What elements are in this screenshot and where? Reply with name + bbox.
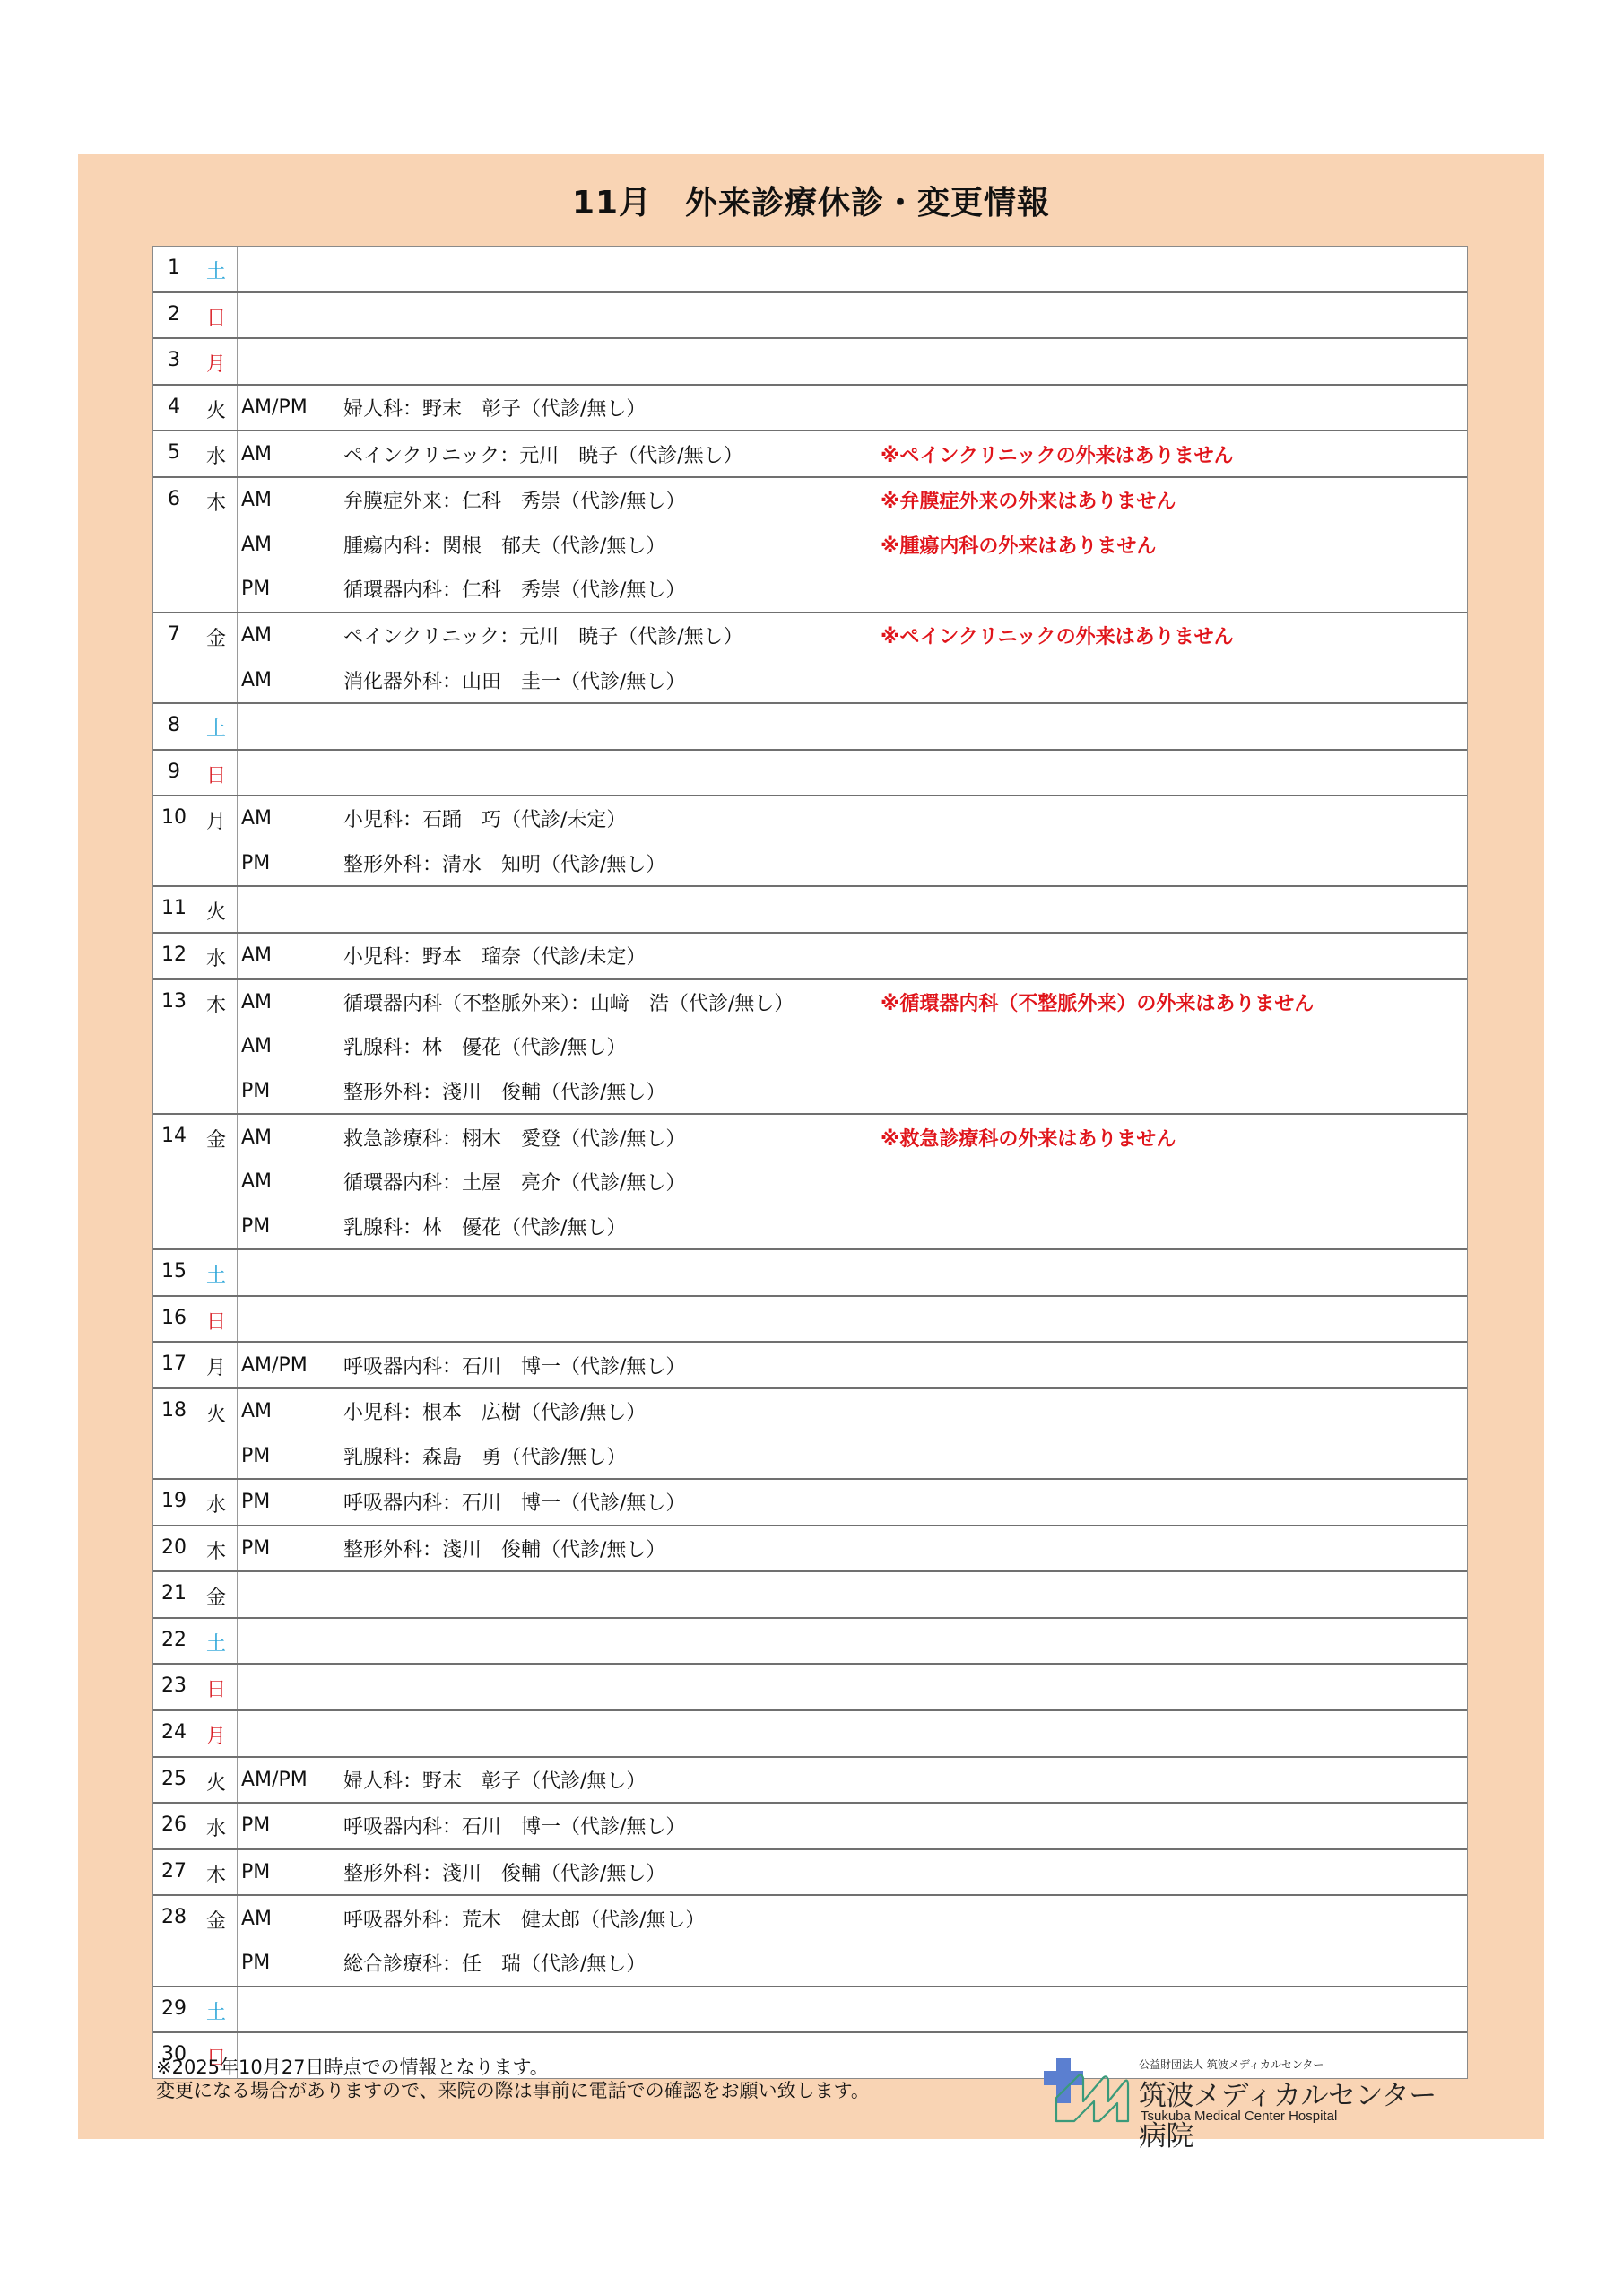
closure-entry: AM/PM呼吸器内科：石川 博一（代診/無し） — [238, 1343, 1467, 1387]
date-cell: 8 — [153, 704, 195, 749]
entries-cell: AM弁膜症外来：仁科 秀崇（代診/無し）※弁膜症外来の外来はありませんAM腫瘍内… — [238, 478, 1467, 612]
day-row: 25火AM/PM婦人科：野末 彰子（代診/無し） — [153, 1758, 1467, 1805]
day-row: 28金AM呼吸器外科：荒木 健太郎（代診/無し）PM総合診療科：任 瑞（代診/無… — [153, 1896, 1467, 1987]
entries-cell: AMペインクリニック：元川 暁子（代診/無し）※ペインクリニックの外来はありませ… — [238, 431, 1467, 476]
closure-entry: AM腫瘍内科：関根 郁夫（代診/無し）※腫瘍内科の外来はありません — [238, 523, 1467, 568]
date-cell: 2 — [153, 293, 195, 338]
date-cell: 27 — [153, 1850, 195, 1895]
date-cell: 20 — [153, 1526, 195, 1571]
department-doctor: 救急診療科：栩木 愛登（代診/無し） — [343, 1124, 881, 1152]
time-slot: AM — [238, 1035, 343, 1057]
closure-entry: PM整形外科：淺川 俊輔（代診/無し） — [238, 1526, 1467, 1571]
logo-hospital-name-en: Tsukuba Medical Center Hospital — [1141, 2109, 1337, 2124]
time-slot: PM — [238, 1861, 343, 1883]
no-clinic-notice: ※救急診療科の外来はありません — [881, 1124, 1176, 1152]
day-row: 3月 — [153, 339, 1467, 386]
date-cell: 17 — [153, 1343, 195, 1387]
department-doctor: 婦人科：野末 彰子（代診/無し） — [343, 394, 881, 422]
date-cell: 7 — [153, 613, 195, 702]
entries-cell — [238, 247, 1467, 291]
closure-entry: AMペインクリニック：元川 暁子（代診/無し）※ペインクリニックの外来はありませ… — [238, 431, 1467, 476]
logo-org-name: 公益財団法人 筑波メディカルセンター — [1139, 2057, 1324, 2072]
closure-entry: PM乳腺科：森島 勇（代診/無し） — [238, 1433, 1467, 1478]
time-slot: PM — [238, 1537, 343, 1560]
day-row: 20木PM整形外科：淺川 俊輔（代診/無し） — [153, 1526, 1467, 1573]
time-slot: AM — [238, 489, 343, 511]
no-clinic-notice: ※腫瘍内科の外来はありません — [881, 531, 1156, 559]
date-cell: 13 — [153, 980, 195, 1114]
empty-entry — [238, 293, 1467, 338]
date-cell: 4 — [153, 386, 195, 430]
weekday-cell: 土 — [195, 704, 238, 749]
time-slot: AM — [238, 991, 343, 1013]
closure-entry: AM循環器内科（不整脈外来）：山﨑 浩（代診/無し）※循環器内科（不整脈外来）の… — [238, 980, 1467, 1025]
date-cell: 9 — [153, 751, 195, 796]
department-doctor: 弁膜症外来：仁科 秀崇（代診/無し） — [343, 486, 881, 514]
day-row: 29土 — [153, 1987, 1467, 2034]
closure-entry: PM呼吸器内科：石川 博一（代診/無し） — [238, 1804, 1467, 1848]
date-cell: 1 — [153, 247, 195, 291]
empty-entry — [238, 1250, 1467, 1295]
entries-cell — [238, 339, 1467, 384]
closure-entry: AMペインクリニック：元川 暁子（代診/無し）※ペインクリニックの外来はありませ… — [238, 613, 1467, 658]
date-cell: 15 — [153, 1250, 195, 1295]
weekday-cell: 木 — [195, 1526, 238, 1571]
closure-entry: AM弁膜症外来：仁科 秀崇（代診/無し）※弁膜症外来の外来はありません — [238, 478, 1467, 523]
closure-entry: PM整形外科：淺川 俊輔（代診/無し） — [238, 1850, 1467, 1895]
weekday-cell: 木 — [195, 478, 238, 612]
hospital-logo-icon — [1042, 2058, 1132, 2123]
time-slot: PM — [238, 1814, 343, 1837]
schedule-panel: 11月 外来診療休診・変更情報 1土2日3月4火AM/PM婦人科：野末 彰子（代… — [78, 154, 1544, 2139]
date-cell: 12 — [153, 934, 195, 978]
entries-cell: PM呼吸器内科：石川 博一（代診/無し） — [238, 1804, 1467, 1848]
department-doctor: 小児科：野本 瑠奈（代診/未定） — [343, 942, 881, 970]
weekday-cell: 水 — [195, 1480, 238, 1525]
weekday-cell: 金 — [195, 1572, 238, 1617]
date-cell: 6 — [153, 478, 195, 612]
date-cell: 26 — [153, 1804, 195, 1848]
day-row: 5水AMペインクリニック：元川 暁子（代診/無し）※ペインクリニックの外来はあり… — [153, 431, 1467, 478]
day-row: 9日 — [153, 751, 1467, 797]
department-doctor: 整形外科：淺川 俊輔（代診/無し） — [343, 1858, 881, 1886]
date-cell: 23 — [153, 1665, 195, 1709]
weekday-cell: 水 — [195, 1804, 238, 1848]
date-cell: 11 — [153, 887, 195, 932]
department-doctor: 消化器外科：山田 圭一（代診/無し） — [343, 666, 881, 694]
day-row: 17月AM/PM呼吸器内科：石川 博一（代診/無し） — [153, 1343, 1467, 1389]
time-slot: AM — [238, 1170, 343, 1193]
entries-cell — [238, 1665, 1467, 1709]
closure-entry: AM/PM婦人科：野末 彰子（代診/無し） — [238, 386, 1467, 430]
day-row: 21金 — [153, 1572, 1467, 1619]
weekday-cell: 日 — [195, 1297, 238, 1342]
day-row: 1土 — [153, 247, 1467, 293]
date-cell: 19 — [153, 1480, 195, 1525]
date-cell: 21 — [153, 1572, 195, 1617]
entries-cell: AM循環器内科（不整脈外来）：山﨑 浩（代診/無し）※循環器内科（不整脈外来）の… — [238, 980, 1467, 1114]
department-doctor: 呼吸器内科：石川 博一（代診/無し） — [343, 1812, 881, 1839]
department-doctor: 循環器内科（不整脈外来）：山﨑 浩（代診/無し） — [343, 988, 881, 1016]
date-cell: 5 — [153, 431, 195, 476]
date-cell: 14 — [153, 1115, 195, 1248]
day-row: 18火AM小児科：根本 広樹（代診/無し）PM乳腺科：森島 勇（代診/無し） — [153, 1389, 1467, 1480]
closure-entry: AM消化器外科：山田 圭一（代診/無し） — [238, 657, 1467, 702]
footer-note-line2: 変更になる場合がありますので、来院の際は事前に電話での確認をお願い致します。 — [156, 2079, 870, 2102]
schedule-table: 1土2日3月4火AM/PM婦人科：野末 彰子（代診/無し）5水AMペインクリニッ… — [152, 246, 1468, 2079]
entries-cell: AM小児科：野本 瑠奈（代診/未定） — [238, 934, 1467, 978]
department-doctor: 整形外科：淺川 俊輔（代診/無し） — [343, 1077, 881, 1105]
entries-cell: AM呼吸器外科：荒木 健太郎（代診/無し）PM総合診療科：任 瑞（代診/無し） — [238, 1896, 1467, 1985]
footer-note-line1: ※2025年10月27日時点での情報となります。 — [156, 2056, 870, 2079]
weekday-cell: 日 — [195, 293, 238, 338]
department-doctor: 呼吸器内科：石川 博一（代診/無し） — [343, 1352, 881, 1379]
day-row: 14金AM救急診療科：栩木 愛登（代診/無し）※救急診療科の外来はありませんAM… — [153, 1115, 1467, 1250]
weekday-cell: 木 — [195, 1850, 238, 1895]
day-row: 27木PM整形外科：淺川 俊輔（代診/無し） — [153, 1850, 1467, 1897]
date-cell: 22 — [153, 1619, 195, 1664]
day-row: 6木AM弁膜症外来：仁科 秀崇（代診/無し）※弁膜症外来の外来はありませんAM腫… — [153, 478, 1467, 613]
closure-entry: PM整形外科：清水 知明（代診/無し） — [238, 841, 1467, 886]
empty-entry — [238, 1711, 1467, 1756]
empty-entry — [238, 751, 1467, 796]
weekday-cell: 火 — [195, 386, 238, 430]
department-doctor: 整形外科：淺川 俊輔（代診/無し） — [343, 1535, 881, 1562]
entries-cell: PM整形外科：淺川 俊輔（代診/無し） — [238, 1850, 1467, 1895]
closure-entry: AM小児科：石踊 巧（代診/未定） — [238, 796, 1467, 841]
department-doctor: 乳腺科：林 優花（代診/無し） — [343, 1032, 881, 1060]
entries-cell: AM/PM呼吸器内科：石川 博一（代診/無し） — [238, 1343, 1467, 1387]
closure-entry: AM乳腺科：林 優花（代診/無し） — [238, 1024, 1467, 1069]
time-slot: AM — [238, 1400, 343, 1422]
weekday-cell: 金 — [195, 613, 238, 702]
footer-note: ※2025年10月27日時点での情報となります。 変更になる場合がありますので、… — [156, 2056, 870, 2102]
day-row: 19水PM呼吸器内科：石川 博一（代診/無し） — [153, 1480, 1467, 1526]
department-doctor: 循環器内科：土屋 亮介（代診/無し） — [343, 1168, 881, 1196]
date-cell: 29 — [153, 1987, 195, 2032]
day-row: 16日 — [153, 1297, 1467, 1344]
day-row: 24月 — [153, 1711, 1467, 1758]
entries-cell: AMペインクリニック：元川 暁子（代診/無し）※ペインクリニックの外来はありませ… — [238, 613, 1467, 702]
entries-cell — [238, 751, 1467, 796]
closure-entry: AM小児科：根本 広樹（代診/無し） — [238, 1389, 1467, 1434]
department-doctor: 総合診療科：任 瑞（代診/無し） — [343, 1949, 881, 1977]
entries-cell: AM/PM婦人科：野末 彰子（代診/無し） — [238, 1758, 1467, 1803]
weekday-cell: 月 — [195, 1711, 238, 1756]
day-row: 13木AM循環器内科（不整脈外来）：山﨑 浩（代診/無し）※循環器内科（不整脈外… — [153, 980, 1467, 1116]
empty-entry — [238, 887, 1467, 932]
time-slot: PM — [238, 1215, 343, 1238]
weekday-cell: 日 — [195, 1665, 238, 1709]
weekday-cell: 水 — [195, 934, 238, 978]
day-row: 7金AMペインクリニック：元川 暁子（代診/無し）※ペインクリニックの外来はあり… — [153, 613, 1467, 704]
time-slot: AM — [238, 443, 343, 465]
entries-cell: PM整形外科：淺川 俊輔（代診/無し） — [238, 1526, 1467, 1571]
entries-cell — [238, 1250, 1467, 1295]
page-title: 11月 外来診療休診・変更情報 — [78, 177, 1544, 230]
closure-entry: PM総合診療科：任 瑞（代診/無し） — [238, 1941, 1467, 1986]
entries-cell: AM小児科：石踊 巧（代診/未定）PM整形外科：清水 知明（代診/無し） — [238, 796, 1467, 885]
closure-entry: AM/PM婦人科：野末 彰子（代診/無し） — [238, 1758, 1467, 1803]
date-cell: 25 — [153, 1758, 195, 1803]
time-slot: AM — [238, 944, 343, 967]
date-cell: 18 — [153, 1389, 195, 1478]
entries-cell — [238, 1711, 1467, 1756]
entries-cell — [238, 704, 1467, 749]
time-slot: AM — [238, 624, 343, 647]
time-slot: PM — [238, 578, 343, 600]
day-row: 22土 — [153, 1619, 1467, 1665]
time-slot: AM/PM — [238, 396, 343, 419]
weekday-cell: 土 — [195, 1619, 238, 1664]
date-cell: 24 — [153, 1711, 195, 1756]
department-doctor: 腫瘍内科：関根 郁夫（代診/無し） — [343, 531, 881, 559]
department-doctor: 乳腺科：林 優花（代診/無し） — [343, 1213, 881, 1240]
day-row: 10月AM小児科：石踊 巧（代診/未定）PM整形外科：清水 知明（代診/無し） — [153, 796, 1467, 887]
entries-cell — [238, 1297, 1467, 1342]
entries-cell: AM小児科：根本 広樹（代診/無し）PM乳腺科：森島 勇（代診/無し） — [238, 1389, 1467, 1478]
closure-entry: AM救急診療科：栩木 愛登（代診/無し）※救急診療科の外来はありません — [238, 1115, 1467, 1160]
no-clinic-notice: ※ペインクリニックの外来はありません — [881, 440, 1234, 468]
day-row: 15土 — [153, 1250, 1467, 1297]
weekday-cell: 金 — [195, 1896, 238, 1985]
weekday-cell: 水 — [195, 431, 238, 476]
entries-cell — [238, 1619, 1467, 1664]
day-row: 11火 — [153, 887, 1467, 934]
weekday-cell: 火 — [195, 1758, 238, 1803]
weekday-cell: 土 — [195, 1250, 238, 1295]
day-row: 26水PM呼吸器内科：石川 博一（代診/無し） — [153, 1804, 1467, 1850]
time-slot: AM — [238, 1126, 343, 1149]
weekday-cell: 土 — [195, 1987, 238, 2032]
department-doctor: 整形外科：清水 知明（代診/無し） — [343, 849, 881, 877]
day-row: 4火AM/PM婦人科：野末 彰子（代診/無し） — [153, 386, 1467, 432]
department-doctor: 呼吸器内科：石川 博一（代診/無し） — [343, 1488, 881, 1516]
no-clinic-notice: ※弁膜症外来の外来はありません — [881, 486, 1176, 514]
weekday-cell: 月 — [195, 796, 238, 885]
department-doctor: 小児科：石踊 巧（代診/未定） — [343, 804, 881, 832]
closure-entry: PM乳腺科：林 優花（代診/無し） — [238, 1204, 1467, 1248]
department-doctor: ペインクリニック：元川 暁子（代診/無し） — [343, 622, 881, 649]
entries-cell — [238, 887, 1467, 932]
closure-entry: AM小児科：野本 瑠奈（代診/未定） — [238, 934, 1467, 978]
time-slot: PM — [238, 1080, 343, 1102]
empty-entry — [238, 247, 1467, 291]
closure-entry: AM呼吸器外科：荒木 健太郎（代診/無し） — [238, 1896, 1467, 1941]
day-row: 12水AM小児科：野本 瑠奈（代診/未定） — [153, 934, 1467, 980]
weekday-cell: 金 — [195, 1115, 238, 1248]
no-clinic-notice: ※ペインクリニックの外来はありません — [881, 622, 1234, 649]
empty-entry — [238, 1619, 1467, 1664]
time-slot: PM — [238, 1445, 343, 1467]
department-doctor: 小児科：根本 広樹（代診/無し） — [343, 1397, 881, 1425]
time-slot: PM — [238, 852, 343, 874]
empty-entry — [238, 1297, 1467, 1342]
hospital-logo: 公益財団法人 筑波メディカルセンター 筑波メディカルセンター病院 Tsukuba… — [1042, 2040, 1454, 2130]
time-slot: PM — [238, 1952, 343, 1974]
day-row: 8土 — [153, 704, 1467, 751]
closure-entry: PM循環器内科：仁科 秀崇（代診/無し） — [238, 567, 1467, 612]
date-cell: 10 — [153, 796, 195, 885]
weekday-cell: 火 — [195, 1389, 238, 1478]
empty-entry — [238, 339, 1467, 384]
weekday-cell: 日 — [195, 751, 238, 796]
date-cell: 3 — [153, 339, 195, 384]
closure-entry: AM循環器内科：土屋 亮介（代診/無し） — [238, 1160, 1467, 1205]
entries-cell: PM呼吸器内科：石川 博一（代診/無し） — [238, 1480, 1467, 1525]
weekday-cell: 月 — [195, 1343, 238, 1387]
empty-entry — [238, 1987, 1467, 2032]
entries-cell — [238, 1987, 1467, 2032]
entries-cell — [238, 1572, 1467, 1617]
no-clinic-notice: ※循環器内科（不整脈外来）の外来はありません — [881, 988, 1314, 1016]
closure-entry: PM呼吸器内科：石川 博一（代診/無し） — [238, 1480, 1467, 1525]
date-cell: 28 — [153, 1896, 195, 1985]
empty-entry — [238, 1665, 1467, 1709]
date-cell: 16 — [153, 1297, 195, 1342]
time-slot: AM — [238, 534, 343, 556]
day-row: 2日 — [153, 293, 1467, 340]
time-slot: PM — [238, 1491, 343, 1513]
weekday-cell: 月 — [195, 339, 238, 384]
department-doctor: 乳腺科：森島 勇（代診/無し） — [343, 1442, 881, 1470]
entries-cell: AM/PM婦人科：野末 彰子（代診/無し） — [238, 386, 1467, 430]
empty-entry — [238, 704, 1467, 749]
entries-cell — [238, 293, 1467, 338]
time-slot: AM — [238, 807, 343, 830]
department-doctor: ペインクリニック：元川 暁子（代診/無し） — [343, 440, 881, 468]
department-doctor: 婦人科：野末 彰子（代診/無し） — [343, 1766, 881, 1794]
weekday-cell: 土 — [195, 247, 238, 291]
time-slot: AM — [238, 669, 343, 691]
time-slot: AM — [238, 1908, 343, 1930]
weekday-cell: 火 — [195, 887, 238, 932]
day-row: 23日 — [153, 1665, 1467, 1711]
weekday-cell: 木 — [195, 980, 238, 1114]
time-slot: AM/PM — [238, 1769, 343, 1791]
empty-entry — [238, 1572, 1467, 1617]
department-doctor: 循環器内科：仁科 秀崇（代診/無し） — [343, 575, 881, 603]
time-slot: AM/PM — [238, 1354, 343, 1377]
department-doctor: 呼吸器外科：荒木 健太郎（代診/無し） — [343, 1905, 881, 1933]
closure-entry: PM整形外科：淺川 俊輔（代診/無し） — [238, 1069, 1467, 1114]
entries-cell: AM救急診療科：栩木 愛登（代診/無し）※救急診療科の外来はありませんAM循環器… — [238, 1115, 1467, 1248]
